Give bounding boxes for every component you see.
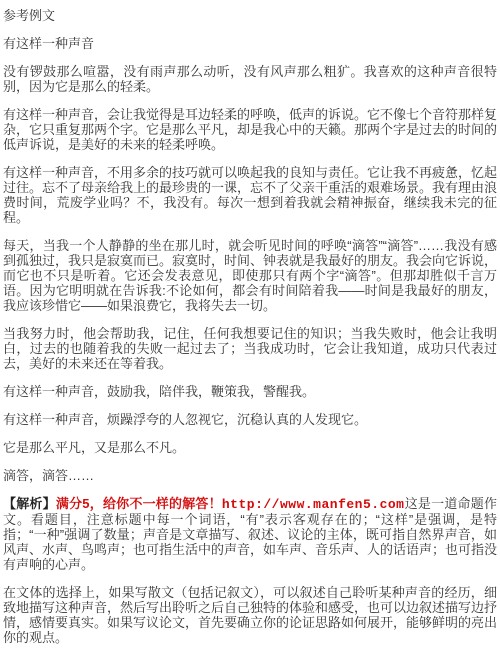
essay-paragraph-7: 有这样一种声音，烦躁浮夸的人忽视它，沉稳认真的人发现它。 xyxy=(3,412,497,427)
analysis-paragraph: 【解析】满分5，给你不一样的解答！http://www.manfen5.com这… xyxy=(3,496,497,572)
essay-paragraph-3: 有这样一种声音，不用多余的技巧就可以唤起我的良知与责任。它让我不再疲惫，忆起过往… xyxy=(3,165,497,225)
analysis-promo-text: 满分5，给你不一样的解答！ xyxy=(56,496,222,511)
essay-paragraph-6: 有这样一种声音，鼓励我，陪伴我，鞭策我，警醒我。 xyxy=(3,384,497,399)
essay-paragraph-4: 每天，当我一个人静静的坐在那儿时，就会听见时间的呼唤“滴答”“滴答”……我没有感… xyxy=(3,238,497,313)
essay-paragraph-9: 滴答，滴答…… xyxy=(3,468,497,483)
essay-paragraph-2: 有这样一种声音，会让我觉得是耳边轻柔的呼唤，低声的诉说。它不像七个音符那样复杂，… xyxy=(3,107,497,152)
essay-paragraph-8: 它是那么平凡，又是那么不凡。 xyxy=(3,440,497,455)
essay-paragraph-1: 没有锣鼓那么喧嚣，没有雨声那么动听，没有风声那么粗犷。我喜欢的这种声音很特别，因… xyxy=(3,64,497,94)
essay-paragraph-5: 当我努力时，他会帮助我，记住，任何我想要记住的知识；当我失败时，他会让我明白，过… xyxy=(3,326,497,371)
reference-essay-document: 参考例文 有这样一种声音 没有锣鼓那么喧嚣，没有雨声那么动听，没有风声那么粗犷。… xyxy=(0,0,500,651)
analysis-url-link[interactable]: http://www.manfen5.com xyxy=(222,497,405,512)
essay-title: 有这样一种声音 xyxy=(3,36,497,51)
analysis-advice-paragraph: 在文体的选择上，如果写散文（包括记叙文），可以叙述自己聆听某种声音的经历，细致地… xyxy=(3,585,497,645)
doc-header: 参考例文 xyxy=(3,8,497,23)
analysis-label: 【解析】 xyxy=(3,496,56,511)
